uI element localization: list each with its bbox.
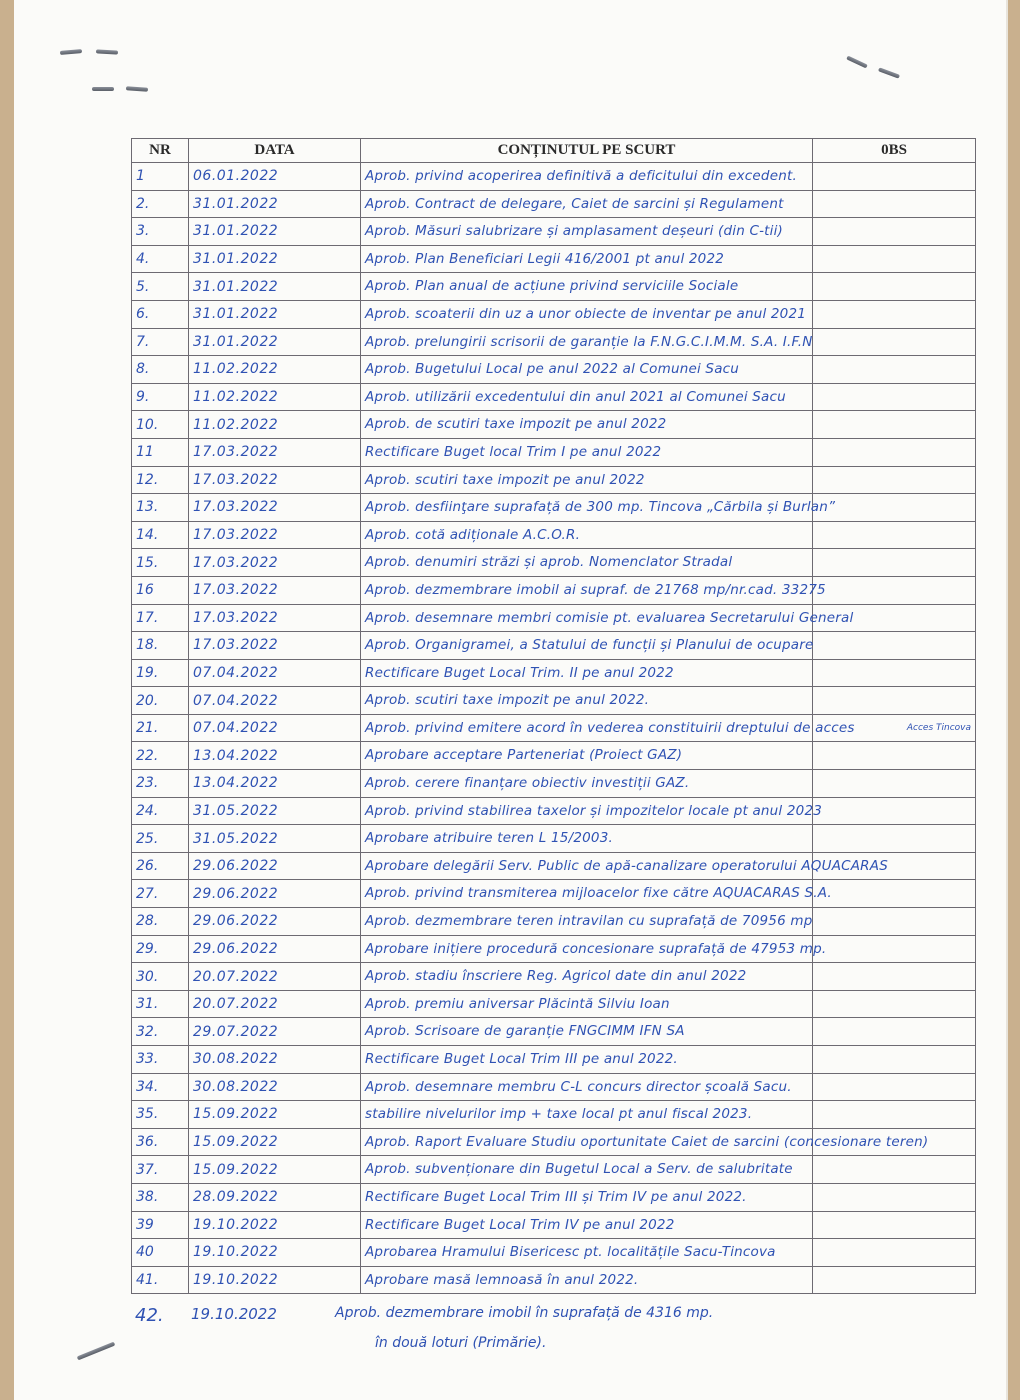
row-number: 20. xyxy=(132,687,189,715)
row-content: Aprob. de scutiri taxe impozit pe anul 2… xyxy=(361,411,813,439)
table-row: 21.07.04.2022Aprob. privind emitere acor… xyxy=(132,714,976,742)
row-obs xyxy=(813,935,976,963)
staple-mark xyxy=(878,67,900,78)
row-date: 07.04.2022 xyxy=(189,714,361,742)
row-number: 19. xyxy=(132,659,189,687)
row-date: 13.04.2022 xyxy=(189,742,361,770)
row-obs xyxy=(813,990,976,1018)
row-date: 20.07.2022 xyxy=(189,990,361,1018)
table-row: 41.19.10.2022Aprobare masă lemnoasă în a… xyxy=(132,1266,976,1294)
row-number: 32. xyxy=(132,1018,189,1046)
row-content-text: Aprob. desemnare membri comisie pt. eval… xyxy=(365,605,853,631)
table-row: 8.11.02.2022Aprob. Bugetului Local pe an… xyxy=(132,356,976,384)
row-content-text: Aprob. stadiu înscriere Reg. Agricol dat… xyxy=(365,963,746,989)
row-content: Aprob. scutiri taxe impozit pe anul 2022 xyxy=(361,466,813,494)
row-content: Aprob. Scrisoare de garanție FNGCIMM IFN… xyxy=(361,1018,813,1046)
table-row: 34.30.08.2022Aprob. desemnare membru C-L… xyxy=(132,1073,976,1101)
row-obs xyxy=(813,356,976,384)
row-obs xyxy=(813,383,976,411)
header-date: DATA xyxy=(189,139,361,163)
row-obs xyxy=(813,245,976,273)
row-content: Aprob. privind transmiterea mijloacelor … xyxy=(361,880,813,908)
row-date: 17.03.2022 xyxy=(189,632,361,660)
row-content: Aprob. prelungirii scrisorii de garanție… xyxy=(361,328,813,356)
row-number: 13. xyxy=(132,494,189,522)
header-obs: 0BS xyxy=(813,139,976,163)
table-row: 22.13.04.2022Aprobare acceptare Partener… xyxy=(132,742,976,770)
row-content: Aprobarea Hramului Bisericesc pt. locali… xyxy=(361,1239,813,1267)
row-date: 30.08.2022 xyxy=(189,1073,361,1101)
row-content-text: Aprob. Raport Evaluare Studiu oportunita… xyxy=(365,1129,928,1155)
row-content-text: Rectificare Buget Local Trim IV pe anul … xyxy=(365,1212,675,1238)
row-number: 24. xyxy=(132,797,189,825)
row-content-text: Aprob. Plan anual de acțiune privind ser… xyxy=(365,273,738,299)
row-number: 40 xyxy=(132,1239,189,1267)
row-content-text: Aprobare atribuire teren L 15/2003. xyxy=(365,825,613,851)
row-date: 31.01.2022 xyxy=(189,328,361,356)
row-date: 31.05.2022 xyxy=(189,797,361,825)
row-obs xyxy=(813,1183,976,1211)
row-content-text: Aprob. Măsuri salubrizare și amplasament… xyxy=(365,218,783,244)
staple-mark xyxy=(77,1342,116,1361)
row-number: 36. xyxy=(132,1128,189,1156)
staple-mark xyxy=(92,87,114,91)
row-content: Aprob. privind acoperirea definitivă a d… xyxy=(361,163,813,191)
row-content: Aprob. cotă adiționale A.C.O.R. xyxy=(361,521,813,549)
row-number: 21. xyxy=(132,714,189,742)
row-number: 4. xyxy=(132,245,189,273)
row-number: 2. xyxy=(132,190,189,218)
row-number: 15. xyxy=(132,549,189,577)
row-date: 29.06.2022 xyxy=(189,908,361,936)
header-nr: NR xyxy=(132,139,189,163)
table-row: 31.20.07.2022Aprob. premiu aniversar Plă… xyxy=(132,990,976,1018)
table-row: 9.11.02.2022Aprob. utilizării excedentul… xyxy=(132,383,976,411)
row-obs xyxy=(813,521,976,549)
row-content: Aprob. dezmembrare imobil ai supraf. de … xyxy=(361,576,813,604)
row-content: Aprob. premiu aniversar Plăcintă Silviu … xyxy=(361,990,813,1018)
row-obs xyxy=(813,880,976,908)
row-content-text: Aprob. privind acoperirea definitivă a d… xyxy=(365,163,797,189)
row-number: 30. xyxy=(132,963,189,991)
row-number: 22. xyxy=(132,742,189,770)
row-obs xyxy=(813,825,976,853)
row-number: 29. xyxy=(132,935,189,963)
row-obs xyxy=(813,273,976,301)
row-content-text: Aprob. Bugetului Local pe anul 2022 al C… xyxy=(365,356,739,382)
row-obs xyxy=(813,576,976,604)
row-date: 17.03.2022 xyxy=(189,604,361,632)
row-content-text: Rectificare Buget Local Trim. II pe anul… xyxy=(365,660,674,686)
row-content: Rectificare Buget Local Trim III și Trim… xyxy=(361,1183,813,1211)
row-content-text: Aprob. Contract de delegare, Caiet de sa… xyxy=(365,191,784,217)
row-content-text: Aprob. prelungirii scrisorii de garanție… xyxy=(365,329,813,355)
row-content: Aprobare atribuire teren L 15/2003. xyxy=(361,825,813,853)
row-content-text: Aprob. desfiinţare suprafață de 300 mp. … xyxy=(365,494,835,520)
table-row: 29.29.06.2022Aprobare inițiere procedură… xyxy=(132,935,976,963)
row-content: Aprob. Plan anual de acțiune privind ser… xyxy=(361,273,813,301)
row-obs xyxy=(813,549,976,577)
table-row: 12.17.03.2022Aprob. scutiri taxe impozit… xyxy=(132,466,976,494)
row-content-text: Rectificare Buget local Trim I pe anul 2… xyxy=(365,439,661,465)
row-number: 9. xyxy=(132,383,189,411)
row-date: 19.10.2022 xyxy=(189,1239,361,1267)
row-number: 39 xyxy=(132,1211,189,1239)
row-number: 7. xyxy=(132,328,189,356)
row-date: 17.03.2022 xyxy=(189,466,361,494)
row-date: 30.08.2022 xyxy=(189,1046,361,1074)
table-row: 33.30.08.2022Rectificare Buget Local Tri… xyxy=(132,1046,976,1074)
row-content: Aprob. denumiri străzi și aprob. Nomencl… xyxy=(361,549,813,577)
row-number: 35. xyxy=(132,1101,189,1129)
row-obs xyxy=(813,908,976,936)
table-row: 28.29.06.2022Aprob. dezmembrare teren in… xyxy=(132,908,976,936)
row-number: 10. xyxy=(132,411,189,439)
table-row: 36.15.09.2022Aprob. Raport Evaluare Stud… xyxy=(132,1128,976,1156)
table-row: 2.31.01.2022Aprob. Contract de delegare,… xyxy=(132,190,976,218)
row-date: 19.10.2022 xyxy=(189,1211,361,1239)
table-row: 4.31.01.2022Aprob. Plan Beneficiari Legi… xyxy=(132,245,976,273)
row-content-text: Aprob. cotă adiționale A.C.O.R. xyxy=(365,522,580,548)
row-content: Aprob. privind emitere acord în vederea … xyxy=(361,714,813,742)
row-obs xyxy=(813,1101,976,1129)
row-date: 29.06.2022 xyxy=(189,880,361,908)
row-number: 31. xyxy=(132,990,189,1018)
row-number: 38. xyxy=(132,1183,189,1211)
row-obs xyxy=(813,742,976,770)
row-content: Aprob. Raport Evaluare Studiu oportunita… xyxy=(361,1128,813,1156)
row-date: 31.05.2022 xyxy=(189,825,361,853)
row-number: 23. xyxy=(132,770,189,798)
table-row: 14.17.03.2022Aprob. cotă adiționale A.C.… xyxy=(132,521,976,549)
table-row: 7.31.01.2022Aprob. prelungirii scrisorii… xyxy=(132,328,976,356)
row-obs xyxy=(813,797,976,825)
row-content: Rectificare Buget Local Trim. II pe anul… xyxy=(361,659,813,687)
row-content: Aprob. desfiinţare suprafață de 300 mp. … xyxy=(361,494,813,522)
row-content: Aprob. Măsuri salubrizare și amplasament… xyxy=(361,218,813,246)
row-date: 28.09.2022 xyxy=(189,1183,361,1211)
header-content: CONȚINUTUL PE SCURT xyxy=(361,139,813,163)
row-number: 5. xyxy=(132,273,189,301)
table-row: 1117.03.2022Rectificare Buget local Trim… xyxy=(132,438,976,466)
table-row: 19.07.04.2022Rectificare Buget Local Tri… xyxy=(132,659,976,687)
row-obs xyxy=(813,218,976,246)
row-date: 11.02.2022 xyxy=(189,356,361,384)
row-number: 28. xyxy=(132,908,189,936)
row-number: 11 xyxy=(132,438,189,466)
row-date: 15.09.2022 xyxy=(189,1128,361,1156)
row-content-text: Aprob. privind transmiterea mijloacelor … xyxy=(365,880,832,906)
row-content: Aprob. scoaterii din uz a unor obiecte d… xyxy=(361,300,813,328)
row-content-text: Aprob. Organigramei, a Statului de funcț… xyxy=(365,632,814,658)
row-content-text: Aprob. subvenționare din Bugetul Local a… xyxy=(365,1156,793,1182)
entry-date: 19.10.2022 xyxy=(191,1305,277,1323)
row-number: 17. xyxy=(132,604,189,632)
row-date: 29.06.2022 xyxy=(189,935,361,963)
row-date: 07.04.2022 xyxy=(189,687,361,715)
row-date: 13.04.2022 xyxy=(189,770,361,798)
row-obs xyxy=(813,328,976,356)
row-obs xyxy=(813,494,976,522)
row-obs xyxy=(813,1073,976,1101)
row-content: Rectificare Buget local Trim I pe anul 2… xyxy=(361,438,813,466)
row-date: 17.03.2022 xyxy=(189,549,361,577)
row-content-text: Aprob. cerere finanțare obiectiv investi… xyxy=(365,770,689,796)
row-content-text: Aprobare delegării Serv. Public de apă-c… xyxy=(365,853,888,879)
row-number: 1 xyxy=(132,163,189,191)
row-obs xyxy=(813,300,976,328)
row-date: 31.01.2022 xyxy=(189,190,361,218)
staple-mark xyxy=(846,56,868,69)
table-row: 15.17.03.2022Aprob. denumiri străzi și a… xyxy=(132,549,976,577)
row-number: 14. xyxy=(132,521,189,549)
row-number: 27. xyxy=(132,880,189,908)
row-content-text: Aprob. premiu aniversar Plăcintă Silviu … xyxy=(365,991,670,1017)
row-date: 07.04.2022 xyxy=(189,659,361,687)
row-content-text: Aprob. scutiri taxe impozit pe anul 2022 xyxy=(365,467,645,493)
row-content-text: Aprob. utilizării excedentului din anul … xyxy=(365,384,786,410)
row-date: 15.09.2022 xyxy=(189,1156,361,1184)
table-row: 106.01.2022Aprob. privind acoperirea def… xyxy=(132,163,976,191)
table-header-row: NR DATA CONȚINUTUL PE SCURT 0BS xyxy=(132,139,976,163)
row-date: 11.02.2022 xyxy=(189,411,361,439)
entry-content-continued: în două loturi (Primărie). xyxy=(375,1335,546,1351)
row-obs xyxy=(813,1211,976,1239)
row-content: Aprobare inițiere procedură concesionare… xyxy=(361,935,813,963)
row-content-text: Aprob. Plan Beneficiari Legii 416/2001 p… xyxy=(365,246,724,272)
row-obs xyxy=(813,190,976,218)
row-obs xyxy=(813,438,976,466)
row-content: Aprobare delegării Serv. Public de apă-c… xyxy=(361,852,813,880)
staple-mark xyxy=(60,49,82,55)
table-row: 25.31.05.2022Aprobare atribuire teren L … xyxy=(132,825,976,853)
row-content: stabilire nivelurilor imp + taxe local p… xyxy=(361,1101,813,1129)
table-row: 3919.10.2022Rectificare Buget Local Trim… xyxy=(132,1211,976,1239)
row-content-text: Aprob. scoaterii din uz a unor obiecte d… xyxy=(365,301,806,327)
row-content-text: Aprob. denumiri străzi și aprob. Nomencl… xyxy=(365,549,732,575)
row-date: 29.07.2022 xyxy=(189,1018,361,1046)
entry-content: Aprob. dezmembrare imobil în suprafață d… xyxy=(335,1305,713,1321)
row-obs xyxy=(813,411,976,439)
row-content: Rectificare Buget Local Trim IV pe anul … xyxy=(361,1211,813,1239)
row-content-text: Aprob. privind stabilirea taxelor și imp… xyxy=(365,798,822,824)
row-number: 25. xyxy=(132,825,189,853)
row-content-text: Aprobare masă lemnoasă în anul 2022. xyxy=(365,1267,638,1293)
extra-entry: 42. 19.10.2022 Aprob. dezmembrare imobil… xyxy=(135,1305,1005,1365)
row-content-text: Aprob. scutiri taxe impozit pe anul 2022… xyxy=(365,687,649,713)
row-content-text: Aprob. desemnare membru C-L concurs dire… xyxy=(365,1074,792,1100)
row-obs xyxy=(813,1239,976,1267)
row-content: Rectificare Buget Local Trim III pe anul… xyxy=(361,1046,813,1074)
row-content-text: Aprob. Scrisoare de garanție FNGCIMM IFN… xyxy=(365,1018,685,1044)
row-date: 31.01.2022 xyxy=(189,273,361,301)
row-number: 26. xyxy=(132,852,189,880)
table-row: 18.17.03.2022Aprob. Organigramei, a Stat… xyxy=(132,632,976,660)
row-content: Aprob. stadiu înscriere Reg. Agricol dat… xyxy=(361,963,813,991)
table-row: 6.31.01.2022Aprob. scoaterii din uz a un… xyxy=(132,300,976,328)
row-date: 17.03.2022 xyxy=(189,494,361,522)
row-content: Aprob. scutiri taxe impozit pe anul 2022… xyxy=(361,687,813,715)
table-row: 17.17.03.2022Aprob. desemnare membri com… xyxy=(132,604,976,632)
row-number: 8. xyxy=(132,356,189,384)
table-row: 1617.03.2022Aprob. dezmembrare imobil ai… xyxy=(132,576,976,604)
register-table: NR DATA CONȚINUTUL PE SCURT 0BS 106.01.2… xyxy=(131,138,976,1294)
row-date: 20.07.2022 xyxy=(189,963,361,991)
row-content: Aprob. Organigramei, a Statului de funcț… xyxy=(361,632,813,660)
row-content-text: stabilire nivelurilor imp + taxe local p… xyxy=(365,1101,752,1127)
row-date: 29.06.2022 xyxy=(189,852,361,880)
row-content: Aprob. Contract de delegare, Caiet de sa… xyxy=(361,190,813,218)
row-date: 31.01.2022 xyxy=(189,245,361,273)
table-row: 24.31.05.2022Aprob. privind stabilirea t… xyxy=(132,797,976,825)
row-obs xyxy=(813,163,976,191)
entry-number: 42. xyxy=(135,1305,164,1326)
row-obs xyxy=(813,963,976,991)
row-obs xyxy=(813,659,976,687)
staple-mark xyxy=(126,86,148,92)
table-row: 23.13.04.2022Aprob. cerere finanțare obi… xyxy=(132,770,976,798)
row-content-text: Aprobarea Hramului Bisericesc pt. locali… xyxy=(365,1239,776,1265)
staple-mark xyxy=(96,49,118,54)
row-date: 31.01.2022 xyxy=(189,300,361,328)
row-number: 33. xyxy=(132,1046,189,1074)
row-content: Aprob. utilizării excedentului din anul … xyxy=(361,383,813,411)
row-date: 17.03.2022 xyxy=(189,576,361,604)
table-row: 37.15.09.2022Aprob. subvenționare din Bu… xyxy=(132,1156,976,1184)
row-date: 15.09.2022 xyxy=(189,1101,361,1129)
row-date: 31.01.2022 xyxy=(189,218,361,246)
row-content: Aprobare acceptare Parteneriat (Proiect … xyxy=(361,742,813,770)
row-obs xyxy=(813,1018,976,1046)
row-number: 16 xyxy=(132,576,189,604)
row-content: Aprob. Bugetului Local pe anul 2022 al C… xyxy=(361,356,813,384)
row-content: Aprob. privind stabilirea taxelor și imp… xyxy=(361,797,813,825)
row-content-text: Aprobare acceptare Parteneriat (Proiect … xyxy=(365,742,682,768)
row-content: Aprob. Plan Beneficiari Legii 416/2001 p… xyxy=(361,245,813,273)
row-date: 19.10.2022 xyxy=(189,1266,361,1294)
row-content-text: Aprobare inițiere procedură concesionare… xyxy=(365,936,826,962)
row-content: Aprob. desemnare membru C-L concurs dire… xyxy=(361,1073,813,1101)
row-obs xyxy=(813,770,976,798)
row-content-text: Rectificare Buget Local Trim III și Trim… xyxy=(365,1184,747,1210)
table-row: 38.28.09.2022Rectificare Buget Local Tri… xyxy=(132,1183,976,1211)
row-content: Aprob. desemnare membri comisie pt. eval… xyxy=(361,604,813,632)
row-content: Aprob. cerere finanțare obiectiv investi… xyxy=(361,770,813,798)
table-row: 5.31.01.2022Aprob. Plan anual de acțiune… xyxy=(132,273,976,301)
table-row: 32.29.07.2022Aprob. Scrisoare de garanți… xyxy=(132,1018,976,1046)
row-content-text: Aprob. dezmembrare imobil ai supraf. de … xyxy=(365,577,826,603)
row-content: Aprob. subvenționare din Bugetul Local a… xyxy=(361,1156,813,1184)
table-row: 4019.10.2022Aprobarea Hramului Biserices… xyxy=(132,1239,976,1267)
table-row: 13.17.03.2022Aprob. desfiinţare suprafaț… xyxy=(132,494,976,522)
table-row: 35.15.09.2022stabilire nivelurilor imp +… xyxy=(132,1101,976,1129)
row-obs xyxy=(813,1266,976,1294)
row-number: 18. xyxy=(132,632,189,660)
table-row: 10.11.02.2022Aprob. de scutiri taxe impo… xyxy=(132,411,976,439)
row-number: 34. xyxy=(132,1073,189,1101)
table-row: 27.29.06.2022Aprob. privind transmiterea… xyxy=(132,880,976,908)
row-date: 17.03.2022 xyxy=(189,521,361,549)
row-number: 41. xyxy=(132,1266,189,1294)
table-row: 26.29.06.2022Aprobare delegării Serv. Pu… xyxy=(132,852,976,880)
row-content-text: Aprob. privind emitere acord în vederea … xyxy=(365,715,855,741)
row-obs xyxy=(813,687,976,715)
row-content: Aprobare masă lemnoasă în anul 2022. xyxy=(361,1266,813,1294)
row-number: 12. xyxy=(132,466,189,494)
row-number: 3. xyxy=(132,218,189,246)
row-obs xyxy=(813,632,976,660)
row-date: 11.02.2022 xyxy=(189,383,361,411)
row-content-text: Aprob. dezmembrare teren intravilan cu s… xyxy=(365,908,812,934)
row-obs xyxy=(813,1156,976,1184)
row-obs xyxy=(813,466,976,494)
row-content-text: Aprob. de scutiri taxe impozit pe anul 2… xyxy=(365,411,666,437)
row-content-text: Rectificare Buget Local Trim III pe anul… xyxy=(365,1046,678,1072)
table-row: 20.07.04.2022Aprob. scutiri taxe impozit… xyxy=(132,687,976,715)
row-number: 37. xyxy=(132,1156,189,1184)
row-number: 6. xyxy=(132,300,189,328)
row-content: Aprob. dezmembrare teren intravilan cu s… xyxy=(361,908,813,936)
row-date: 17.03.2022 xyxy=(189,438,361,466)
row-obs xyxy=(813,1046,976,1074)
table-row: 30.20.07.2022Aprob. stadiu înscriere Reg… xyxy=(132,963,976,991)
row-date: 06.01.2022 xyxy=(189,163,361,191)
table-row: 3.31.01.2022Aprob. Măsuri salubrizare și… xyxy=(132,218,976,246)
